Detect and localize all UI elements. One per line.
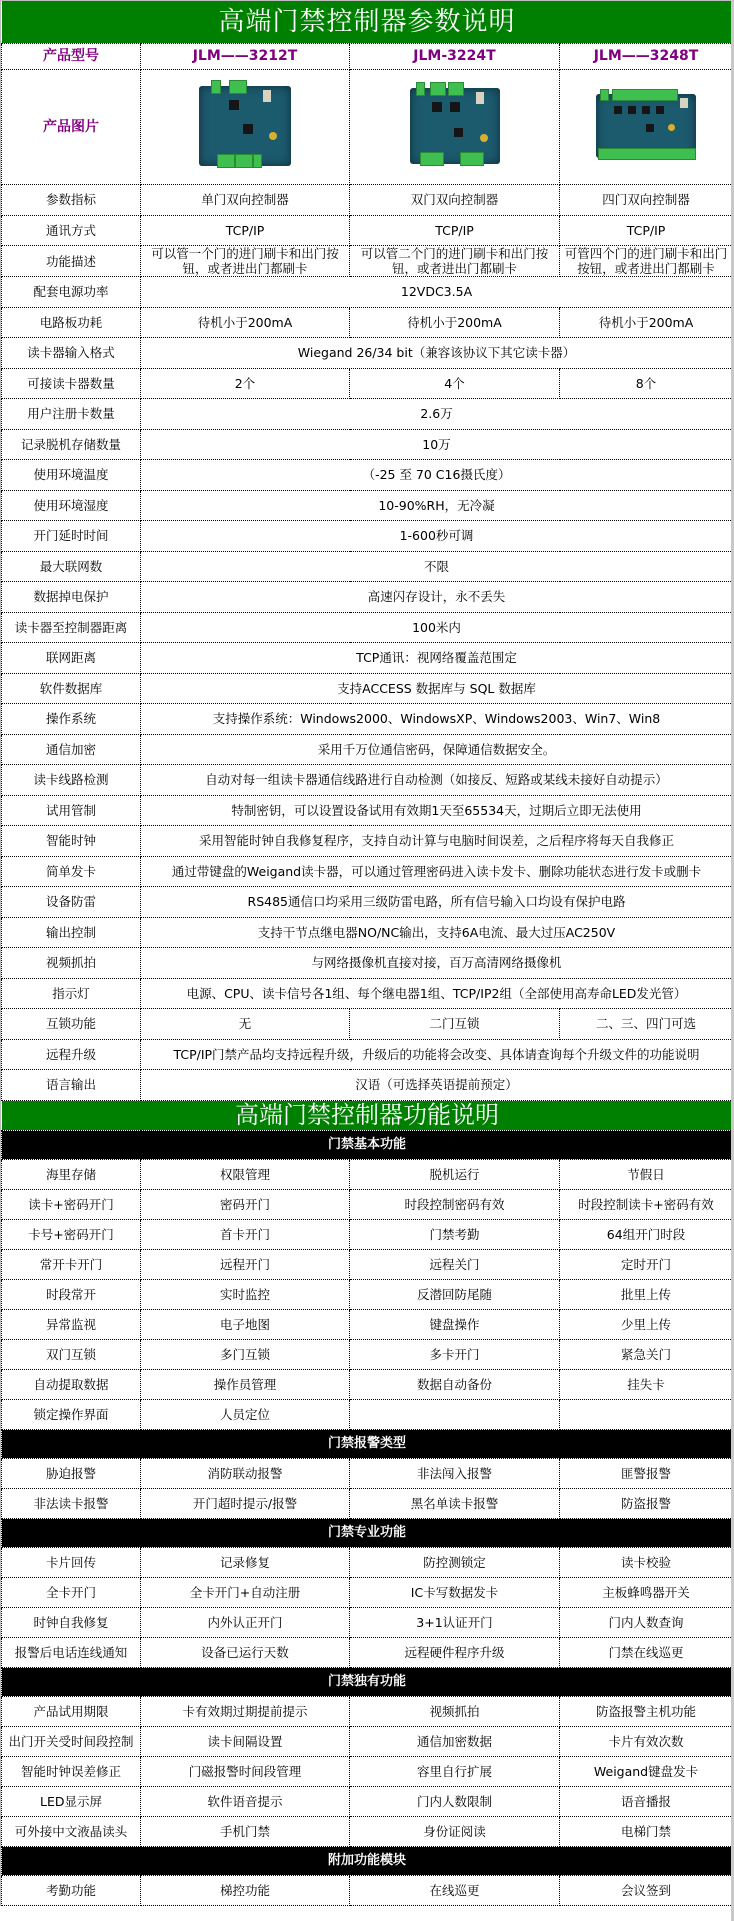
spec-row: 可接读卡器数量2个4个8个 (2, 368, 733, 399)
section-heading: 门禁基本功能 (2, 1130, 733, 1159)
spec-value: TCP/IP (560, 215, 733, 246)
feature-row: 常开卡开门远程开门远程关门定时开门 (2, 1249, 733, 1279)
spec-row: 配套电源功率12VDC3.5A (2, 277, 733, 308)
section-header-row: 门禁报警类型 (2, 1429, 733, 1458)
product-image-1 (141, 70, 350, 185)
spec-value: 四门双向控制器 (560, 185, 733, 216)
spec-row: 记录脱机存储数量10万 (2, 429, 733, 460)
feature-cell: 电子地图 (141, 1309, 350, 1339)
feature-cell: 智能时钟误差修正 (2, 1756, 141, 1786)
spec-row: 最大联网数不限 (2, 551, 733, 582)
spec-row: 互锁功能无二门互锁二、三、四门可选 (2, 1009, 733, 1040)
feature-cell: 反潜回防尾随 (350, 1279, 560, 1309)
spec-row: 试用管制特制密钥，可以设置设备试用有效期1天至65534天，过期后立即无法使用 (2, 795, 733, 826)
spec-label: 软件数据库 (2, 673, 141, 704)
spec-value: 二门互锁 (350, 1009, 560, 1040)
spec-label: 参数指标 (2, 185, 141, 216)
spec-sheet: 高端门禁控制器参数说明 产品型号 JLM——3212T JLM-3224T JL… (0, 0, 733, 1906)
spec-row: 读卡器至控制器距离100米内 (2, 612, 733, 643)
spec-label: 视频抓拍 (2, 948, 141, 979)
feature-cell: 产品试用期限 (2, 1696, 141, 1726)
feature-row: 双门互锁多门互锁多卡开门紧急关门 (2, 1339, 733, 1369)
spec-value: 1-600秒可调 (141, 521, 733, 552)
feature-cell: 数据自动备份 (350, 1369, 560, 1399)
feature-cell: 首卡开门 (141, 1219, 350, 1249)
spec-label: 开门延时时间 (2, 521, 141, 552)
feature-cell: 权限管理 (141, 1159, 350, 1189)
spec-label: 操作系统 (2, 704, 141, 735)
spec-value: 不限 (141, 551, 733, 582)
feature-row: LED显示屏软件语音提示门内人数限制语音播报 (2, 1786, 733, 1816)
product-image-2 (350, 70, 560, 185)
feature-cell: 软件语音提示 (141, 1786, 350, 1816)
spec-label: 读卡器至控制器距离 (2, 612, 141, 643)
feature-cell: 3+1认证开门 (350, 1607, 560, 1637)
feature-row: 可外接中文液晶读头手机门禁身份证阅读电梯门禁 (2, 1816, 733, 1846)
spec-value: （-25 至 70 C16摄氏度） (141, 460, 733, 491)
spec-label: 使用环境湿度 (2, 490, 141, 521)
controller-board-icon (199, 86, 291, 166)
feature-cell: 全卡开门+自动注册 (141, 1577, 350, 1607)
spec-label: 简单发卡 (2, 856, 141, 887)
feature-row: 产品试用期限卡有效期过期提前提示视频抓拍防盗报警主机功能 (2, 1696, 733, 1726)
feature-cell: 远程开门 (141, 1249, 350, 1279)
spec-label: 记录脱机存储数量 (2, 429, 141, 460)
feature-cell: 容里自行扩展 (350, 1756, 560, 1786)
feature-cell: 主板蜂鸣器开关 (560, 1577, 733, 1607)
feature-row: 全卡开门全卡开门+自动注册IC卡写数据发卡主板蜂鸣器开关 (2, 1577, 733, 1607)
feature-cell: 防盗报警 (560, 1488, 733, 1518)
spec-row: 输出控制支持干节点继电器NO/NC输出，支持6A电流、最大过压AC250V (2, 917, 733, 948)
feature-cell: 远程硬件程序升级 (350, 1637, 560, 1667)
spec-value: 电源、CPU、读卡信号各1组、每个继电器1组、TCP/IP2组（全部使用高寿命L… (141, 978, 733, 1009)
feature-cell: 海里存储 (2, 1159, 141, 1189)
spec-row: 语言输出汉语（可选择英语提前预定） (2, 1070, 733, 1101)
spec-row: 视频抓拍与网络摄像机直接对接，百万高清网络摄像机 (2, 948, 733, 979)
feature-cell: 防盗报警主机功能 (560, 1696, 733, 1726)
feature-cell: 紧急关门 (560, 1339, 733, 1369)
feature-cell: 出门开关受时间段控制 (2, 1726, 141, 1756)
feature-cell: 键盘操作 (350, 1309, 560, 1339)
spec-label: 读卡器输入格式 (2, 338, 141, 369)
spec-value: 100米内 (141, 612, 733, 643)
feature-cell: 非法读卡报警 (2, 1488, 141, 1518)
feature-cell: 内外认正开门 (141, 1607, 350, 1637)
feature-row: 自动提取数据操作员管理数据自动备份挂失卡 (2, 1369, 733, 1399)
spec-label: 功能描述 (2, 246, 141, 277)
feature-row: 读卡+密码开门密码开门时段控制密码有效时段控制读卡+密码有效 (2, 1189, 733, 1219)
feature-cell: 时段控制读卡+密码有效 (560, 1189, 733, 1219)
spec-value: 支持干节点继电器NO/NC输出，支持6A电流、最大过压AC250V (141, 917, 733, 948)
spec-label: 最大联网数 (2, 551, 141, 582)
spec-row: 操作系统支持操作系统：Windows2000、WindowsXP、Windows… (2, 704, 733, 735)
spec-row: 读卡线路检测自动对每一组读卡器通信线路进行自动检测（如接反、短路或某线未接好自动… (2, 765, 733, 796)
spec-value: 支持ACCESS 数据库与 SQL 数据库 (141, 673, 733, 704)
model-name: JLM-3224T (350, 44, 560, 70)
feature-cell (350, 1399, 560, 1429)
spec-value: 8个 (560, 368, 733, 399)
feature-cell: 时段常开 (2, 1279, 141, 1309)
spec-value: 与网络摄像机直接对接，百万高清网络摄像机 (141, 948, 733, 979)
feature-cell: 时段控制密码有效 (350, 1189, 560, 1219)
spec-row: 用户注册卡数量2.6万 (2, 399, 733, 430)
feature-cell: 会议签到 (560, 1875, 733, 1905)
spec-value: 可以管二个门的进门刷卡和出门按钮，或者进出门都刷卡 (350, 246, 560, 277)
feature-cell: 卡号+密码开门 (2, 1219, 141, 1249)
feature-row: 胁迫报警消防联动报警非法闯入报警匪警报警 (2, 1458, 733, 1488)
feature-cell: 报警后电话连线通知 (2, 1637, 141, 1667)
feature-row: 卡片回传记录修复防控测锁定读卡校验 (2, 1547, 733, 1577)
spec-label: 通信加密 (2, 734, 141, 765)
feature-cell: 语音播报 (560, 1786, 733, 1816)
spec-value: 采用智能时钟自我修复程序，支持自动计算与电脑时间误差，之后程序将每天自我修正 (141, 826, 733, 857)
spec-value: 4个 (350, 368, 560, 399)
spec-row: 功能描述可以管一个门的进门刷卡和出门按钮，或者进出门都刷卡可以管二个门的进门刷卡… (2, 246, 733, 277)
feature-row: 智能时钟误差修正门磁报警时间段管理容里自行扩展Weigand键盘发卡 (2, 1756, 733, 1786)
spec-row: 远程升级TCP/IP门禁产品均支持远程升级，升级后的功能将会改变、具体请查询每个… (2, 1039, 733, 1070)
spec-value: TCP/IP (350, 215, 560, 246)
spec-label: 可接读卡器数量 (2, 368, 141, 399)
feature-cell: 匪警报警 (560, 1458, 733, 1488)
spec-row: 通信加密采用千万位通信密码，保障通信数据安全。 (2, 734, 733, 765)
feature-row: 海里存储权限管理脱机运行节假日 (2, 1159, 733, 1189)
spec-label: 试用管制 (2, 795, 141, 826)
feature-row: 考勤功能梯控功能在线巡更会议签到 (2, 1875, 733, 1905)
feature-cell: 读卡+密码开门 (2, 1189, 141, 1219)
feature-cell: 梯控功能 (141, 1875, 350, 1905)
section-heading: 门禁独有功能 (2, 1667, 733, 1696)
spec-row: 读卡器输入格式Wiegand 26/34 bit（兼容该协议下其它读卡器） (2, 338, 733, 369)
spec-title: 高端门禁控制器参数说明 (2, 1, 733, 44)
feature-cell: 记录修复 (141, 1547, 350, 1577)
spec-value: 12VDC3.5A (141, 277, 733, 308)
feature-cell: 异常监视 (2, 1309, 141, 1339)
spec-label: 远程升级 (2, 1039, 141, 1070)
feature-cell: 胁迫报警 (2, 1458, 141, 1488)
spec-value: TCP/IP门禁产品均支持远程升级，升级后的功能将会改变、具体请查询每个升级文件… (141, 1039, 733, 1070)
feature-cell: 手机门禁 (141, 1816, 350, 1846)
feature-cell: 人员定位 (141, 1399, 350, 1429)
spec-label: 电路板功耗 (2, 307, 141, 338)
spec-value: 高速闪存设计，永不丢失 (141, 582, 733, 613)
spec-value: 无 (141, 1009, 350, 1040)
feature-cell: 考勤功能 (2, 1875, 141, 1905)
spec-value: 双门双向控制器 (350, 185, 560, 216)
spec-label: 配套电源功率 (2, 277, 141, 308)
feature-cell: 时钟自我修复 (2, 1607, 141, 1637)
model-name: JLM——3248T (560, 44, 733, 70)
model-label: 产品型号 (2, 44, 141, 70)
spec-label: 用户注册卡数量 (2, 399, 141, 430)
feature-cell: 门磁报警时间段管理 (141, 1756, 350, 1786)
feature-cell: IC卡写数据发卡 (350, 1577, 560, 1607)
feature-cell: 开门超时提示/报警 (141, 1488, 350, 1518)
section-header-row: 门禁专业功能 (2, 1518, 733, 1547)
spec-value: 待机小于200mA (141, 307, 350, 338)
spec-row: 联网距离TCP通讯：视网络覆盖范围定 (2, 643, 733, 674)
controller-board-icon (410, 88, 500, 164)
feature-row: 锁定操作界面人员定位 (2, 1399, 733, 1429)
feature-cell: 全卡开门 (2, 1577, 141, 1607)
spec-value: RS485通信口均采用三级防雷电路，所有信号输入口均设有保护电路 (141, 887, 733, 918)
spec-value: TCP/IP (141, 215, 350, 246)
feature-table: 高端门禁控制器功能说明 门禁基本功能海里存储权限管理脱机运行节假日读卡+密码开门… (1, 1101, 733, 1906)
spec-row: 参数指标单门双向控制器双门双向控制器四门双向控制器 (2, 185, 733, 216)
feature-cell: 非法闯入报警 (350, 1458, 560, 1488)
feature-row: 卡号+密码开门首卡开门门禁考勤64组开门时段 (2, 1219, 733, 1249)
spec-row: 数据掉电保护高速闪存设计，永不丢失 (2, 582, 733, 613)
feature-cell: 通信加密数据 (350, 1726, 560, 1756)
feature-row: 非法读卡报警开门超时提示/报警黑名单读卡报警防盗报警 (2, 1488, 733, 1518)
spec-label: 读卡线路检测 (2, 765, 141, 796)
feature-cell: 实时监控 (141, 1279, 350, 1309)
feature-cell: 在线巡更 (350, 1875, 560, 1905)
feature-cell: 门禁考勤 (350, 1219, 560, 1249)
feature-cell: 定时开门 (560, 1249, 733, 1279)
section-heading: 门禁报警类型 (2, 1429, 733, 1458)
spec-value: 二、三、四门可选 (560, 1009, 733, 1040)
feature-cell: 卡片回传 (2, 1547, 141, 1577)
features-title: 高端门禁控制器功能说明 (2, 1101, 733, 1131)
spec-row: 使用环境湿度10-90%RH，无冷凝 (2, 490, 733, 521)
feature-row: 出门开关受时间段控制读卡间隔设置通信加密数据卡片有效次数 (2, 1726, 733, 1756)
spec-label: 通讯方式 (2, 215, 141, 246)
feature-cell: 锁定操作界面 (2, 1399, 141, 1429)
spec-label: 输出控制 (2, 917, 141, 948)
feature-cell: 挂失卡 (560, 1369, 733, 1399)
feature-row: 报警后电话连线通知设备已运行天数远程硬件程序升级门禁在线巡更 (2, 1637, 733, 1667)
feature-cell (560, 1399, 733, 1429)
feature-cell: 门内人数查询 (560, 1607, 733, 1637)
spec-value: TCP通讯：视网络覆盖范围定 (141, 643, 733, 674)
spec-value: 2.6万 (141, 399, 733, 430)
spec-table: 高端门禁控制器参数说明 产品型号 JLM——3212T JLM-3224T JL… (1, 1, 733, 1101)
feature-cell: 读卡校验 (560, 1547, 733, 1577)
spec-value: 可管四个门的进门刷卡和出门按钮，或者进出门都刷卡 (560, 246, 733, 277)
controller-board-icon (596, 94, 696, 158)
section-header-row: 门禁独有功能 (2, 1667, 733, 1696)
spec-label: 数据掉电保护 (2, 582, 141, 613)
section-heading: 附加功能模块 (2, 1846, 733, 1875)
feature-cell: 多门互锁 (141, 1339, 350, 1369)
feature-cell: 远程关门 (350, 1249, 560, 1279)
feature-cell: 视频抓拍 (350, 1696, 560, 1726)
feature-row: 时钟自我修复内外认正开门3+1认证开门门内人数查询 (2, 1607, 733, 1637)
spec-row: 智能时钟采用智能时钟自我修复程序，支持自动计算与电脑时间误差，之后程序将每天自我… (2, 826, 733, 857)
product-image-3 (560, 70, 733, 185)
feature-cell: 黑名单读卡报警 (350, 1488, 560, 1518)
spec-value: 单门双向控制器 (141, 185, 350, 216)
section-heading: 门禁专业功能 (2, 1518, 733, 1547)
spec-value: 特制密钥，可以设置设备试用有效期1天至65534天，过期后立即无法使用 (141, 795, 733, 826)
feature-cell: 常开卡开门 (2, 1249, 141, 1279)
spec-label: 设备防雷 (2, 887, 141, 918)
feature-row: 异常监视电子地图键盘操作少里上传 (2, 1309, 733, 1339)
spec-value: Wiegand 26/34 bit（兼容该协议下其它读卡器） (141, 338, 733, 369)
feature-cell: 读卡间隔设置 (141, 1726, 350, 1756)
spec-value: 采用千万位通信密码，保障通信数据安全。 (141, 734, 733, 765)
spec-value: 2个 (141, 368, 350, 399)
feature-cell: Weigand键盘发卡 (560, 1756, 733, 1786)
section-header-row: 附加功能模块 (2, 1846, 733, 1875)
spec-value: 待机小于200mA (350, 307, 560, 338)
spec-value: 汉语（可选择英语提前预定） (141, 1070, 733, 1101)
spec-row: 简单发卡通过带键盘的Weigand读卡器，可以通过管理密码进入读卡发卡、删除功能… (2, 856, 733, 887)
spec-value: 支持操作系统：Windows2000、WindowsXP、Windows2003… (141, 704, 733, 735)
feature-cell: 节假日 (560, 1159, 733, 1189)
spec-label: 语言输出 (2, 1070, 141, 1101)
spec-label: 智能时钟 (2, 826, 141, 857)
feature-cell: 门禁在线巡更 (560, 1637, 733, 1667)
image-row: 产品图片 (2, 70, 733, 185)
feature-cell: 64组开门时段 (560, 1219, 733, 1249)
feature-cell: 批里上传 (560, 1279, 733, 1309)
feature-cell: 电梯门禁 (560, 1816, 733, 1846)
feature-cell: 可外接中文液晶读头 (2, 1816, 141, 1846)
feature-cell: 消防联动报警 (141, 1458, 350, 1488)
model-name: JLM——3212T (141, 44, 350, 70)
feature-cell: 操作员管理 (141, 1369, 350, 1399)
spec-value: 10万 (141, 429, 733, 460)
feature-cell: 门内人数限制 (350, 1786, 560, 1816)
spec-label: 使用环境温度 (2, 460, 141, 491)
spec-row: 使用环境温度（-25 至 70 C16摄氏度） (2, 460, 733, 491)
spec-row: 设备防雷RS485通信口均采用三级防雷电路，所有信号输入口均设有保护电路 (2, 887, 733, 918)
feature-cell: 多卡开门 (350, 1339, 560, 1369)
feature-cell: 密码开门 (141, 1189, 350, 1219)
feature-cell: 卡有效期过期提前提示 (141, 1696, 350, 1726)
feature-cell: 设备已运行天数 (141, 1637, 350, 1667)
spec-label: 联网距离 (2, 643, 141, 674)
spec-value: 可以管一个门的进门刷卡和出门按钮，或者进出门都刷卡 (141, 246, 350, 277)
spec-row: 指示灯电源、CPU、读卡信号各1组、每个继电器1组、TCP/IP2组（全部使用高… (2, 978, 733, 1009)
spec-value: 通过带键盘的Weigand读卡器，可以通过管理密码进入读卡发卡、删除功能状态进行… (141, 856, 733, 887)
feature-cell: 身份证阅读 (350, 1816, 560, 1846)
spec-row: 通讯方式TCP/IPTCP/IPTCP/IP (2, 215, 733, 246)
spec-row: 电路板功耗待机小于200mA待机小于200mA待机小于200mA (2, 307, 733, 338)
model-row: 产品型号 JLM——3212T JLM-3224T JLM——3248T (2, 44, 733, 70)
spec-label: 指示灯 (2, 978, 141, 1009)
spec-value: 待机小于200mA (560, 307, 733, 338)
feature-cell: LED显示屏 (2, 1786, 141, 1816)
feature-cell: 少里上传 (560, 1309, 733, 1339)
spec-row: 软件数据库支持ACCESS 数据库与 SQL 数据库 (2, 673, 733, 704)
feature-cell: 卡片有效次数 (560, 1726, 733, 1756)
feature-cell: 防控测锁定 (350, 1547, 560, 1577)
section-header-row: 门禁基本功能 (2, 1130, 733, 1159)
spec-row: 开门延时时间1-600秒可调 (2, 521, 733, 552)
spec-value: 10-90%RH，无冷凝 (141, 490, 733, 521)
spec-label: 互锁功能 (2, 1009, 141, 1040)
image-label: 产品图片 (2, 70, 141, 185)
spec-value: 自动对每一组读卡器通信线路进行自动检测（如接反、短路或某线未接好自动提示） (141, 765, 733, 796)
feature-cell: 脱机运行 (350, 1159, 560, 1189)
feature-cell: 双门互锁 (2, 1339, 141, 1369)
feature-row: 时段常开实时监控反潜回防尾随批里上传 (2, 1279, 733, 1309)
feature-cell: 自动提取数据 (2, 1369, 141, 1399)
